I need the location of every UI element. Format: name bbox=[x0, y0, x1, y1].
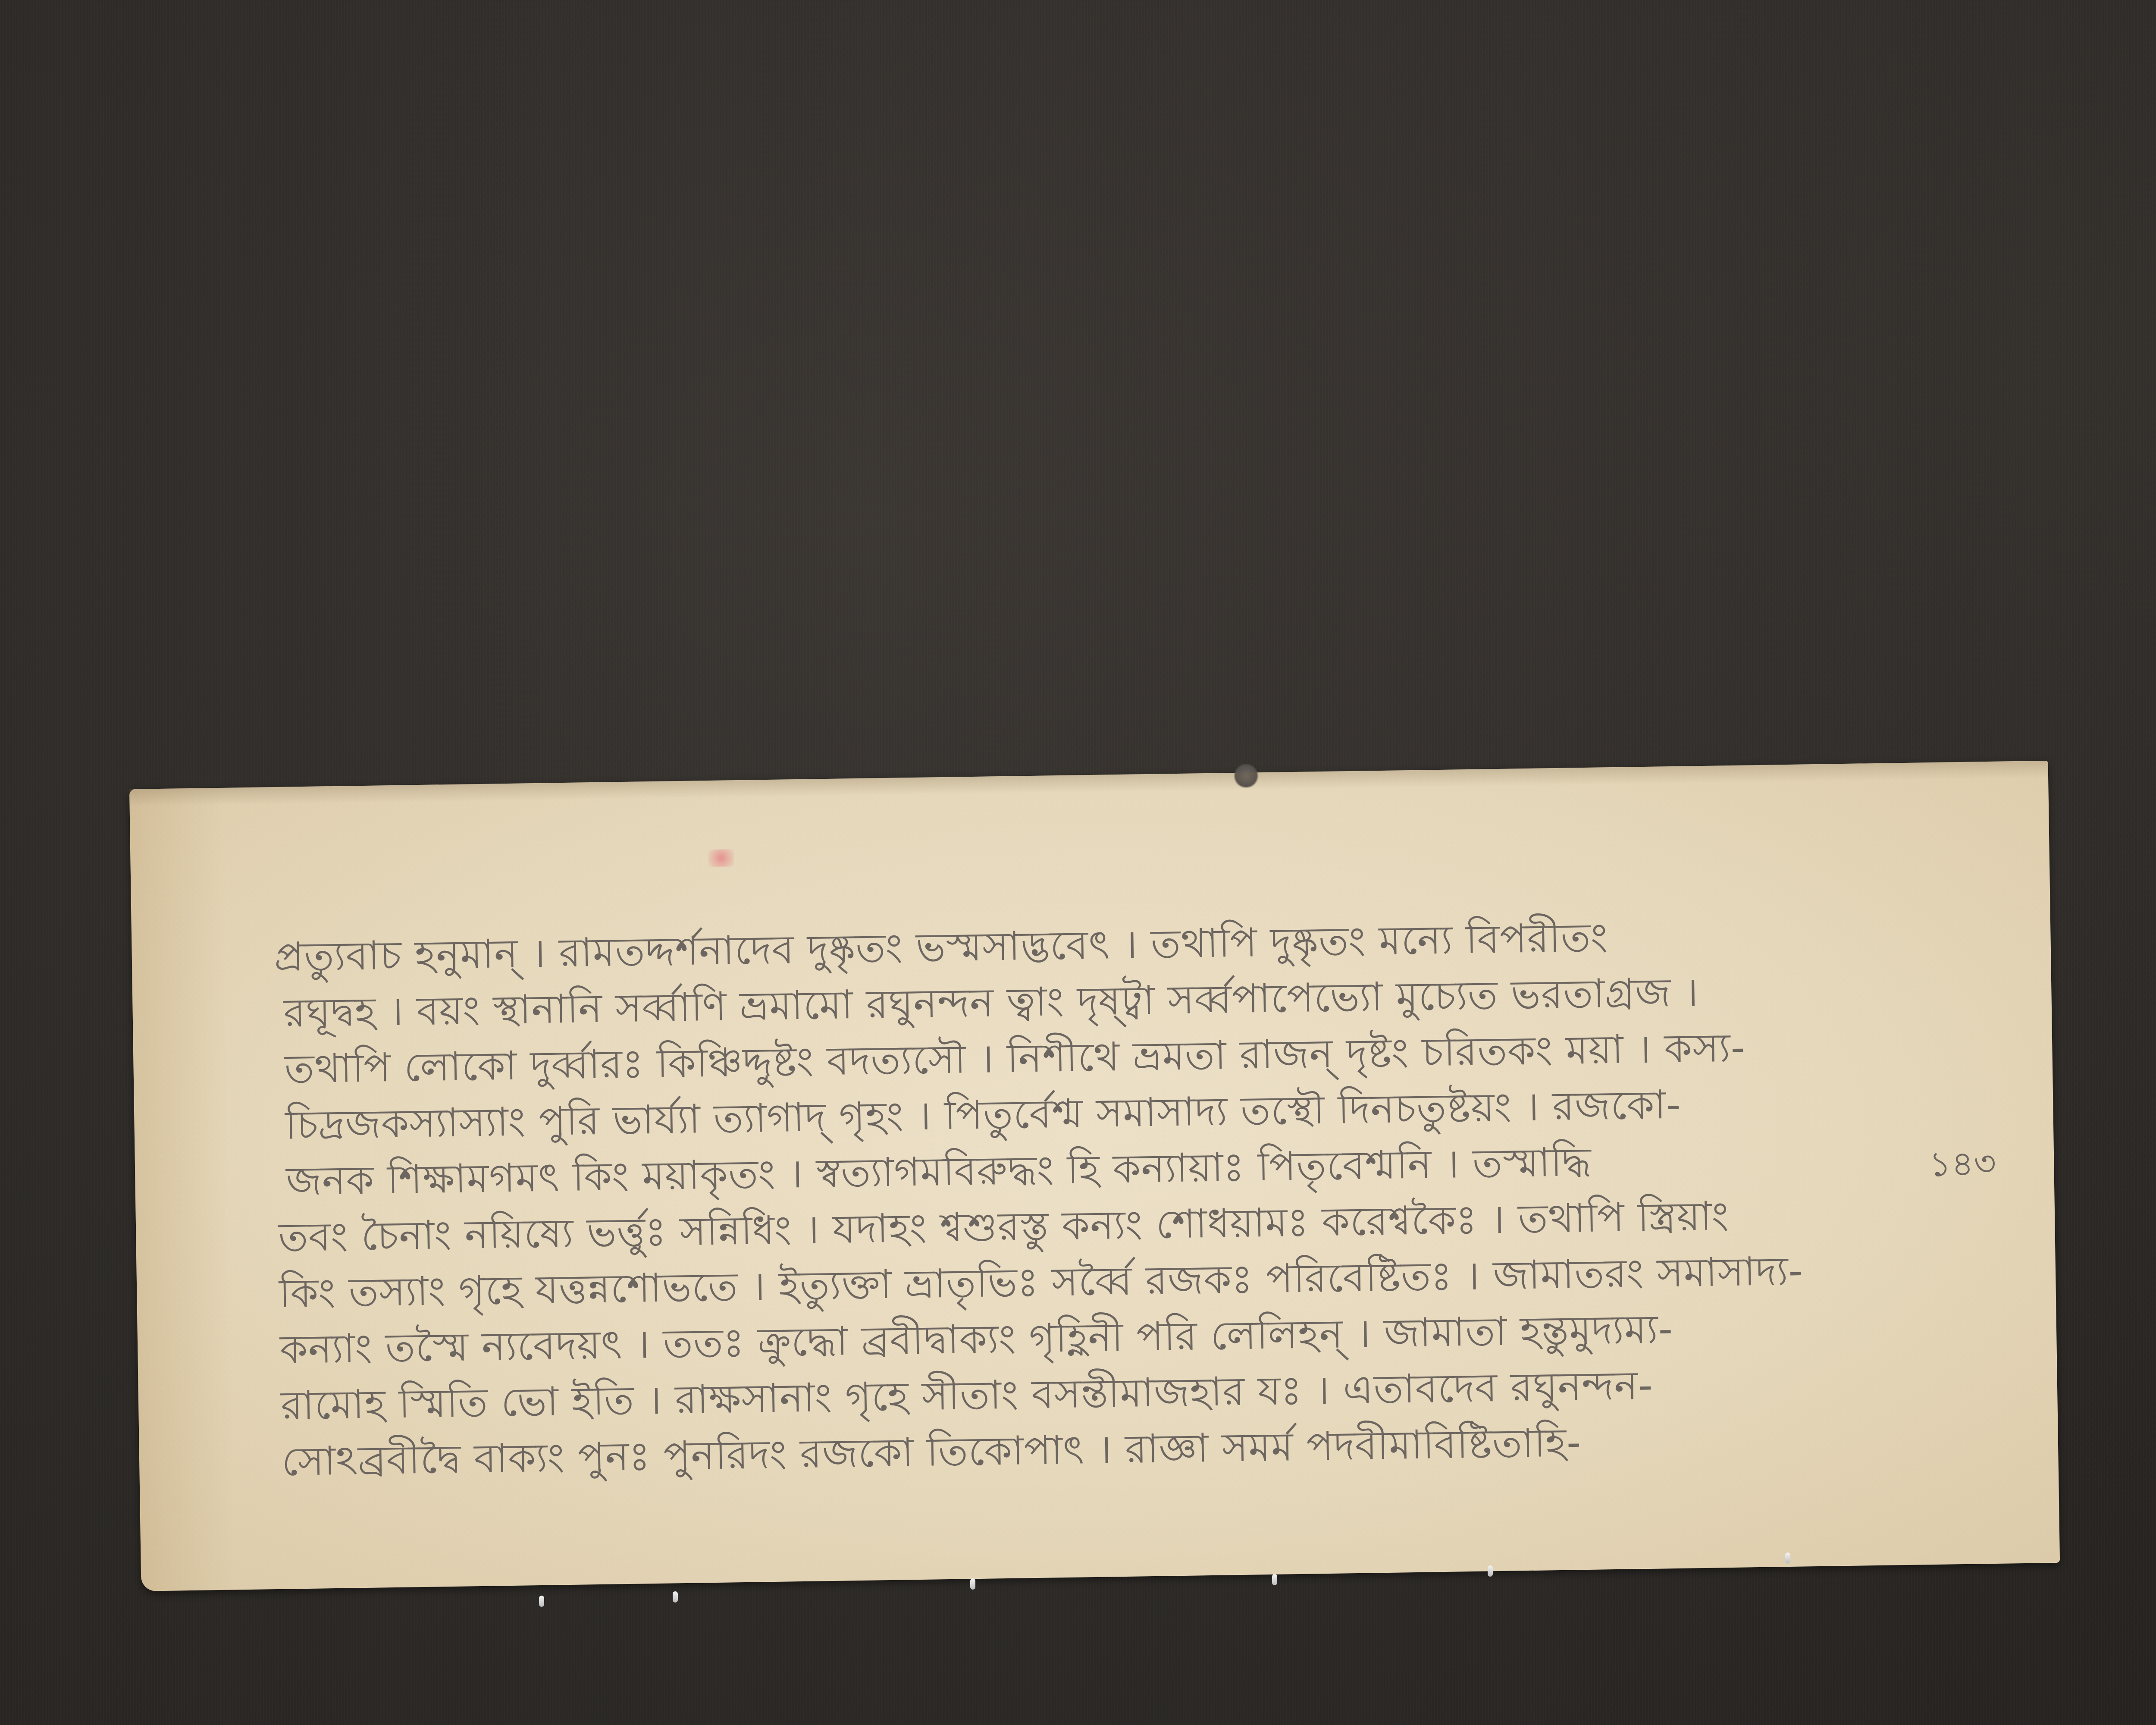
ink-blot bbox=[1233, 764, 1259, 788]
mounting-pin bbox=[1272, 1574, 1277, 1585]
folio-number: ১৪৩ bbox=[1928, 1137, 1996, 1195]
manuscript-text: প্রত্যুবাচ হনুমান্ । রামতদ্দর্শনাদেব দুষ… bbox=[274, 905, 1921, 1490]
manuscript-leaf: প্রত্যুবাচ হনুমান্ । রামতদ্দর্শনাদেব দুষ… bbox=[129, 761, 2060, 1591]
mounting-pin bbox=[1488, 1565, 1493, 1577]
mounting-pin bbox=[539, 1596, 544, 1607]
mounting-pin bbox=[970, 1578, 975, 1590]
mounting-pin bbox=[673, 1591, 678, 1603]
red-stain-mark bbox=[708, 849, 734, 867]
mounting-pin bbox=[1785, 1552, 1790, 1564]
